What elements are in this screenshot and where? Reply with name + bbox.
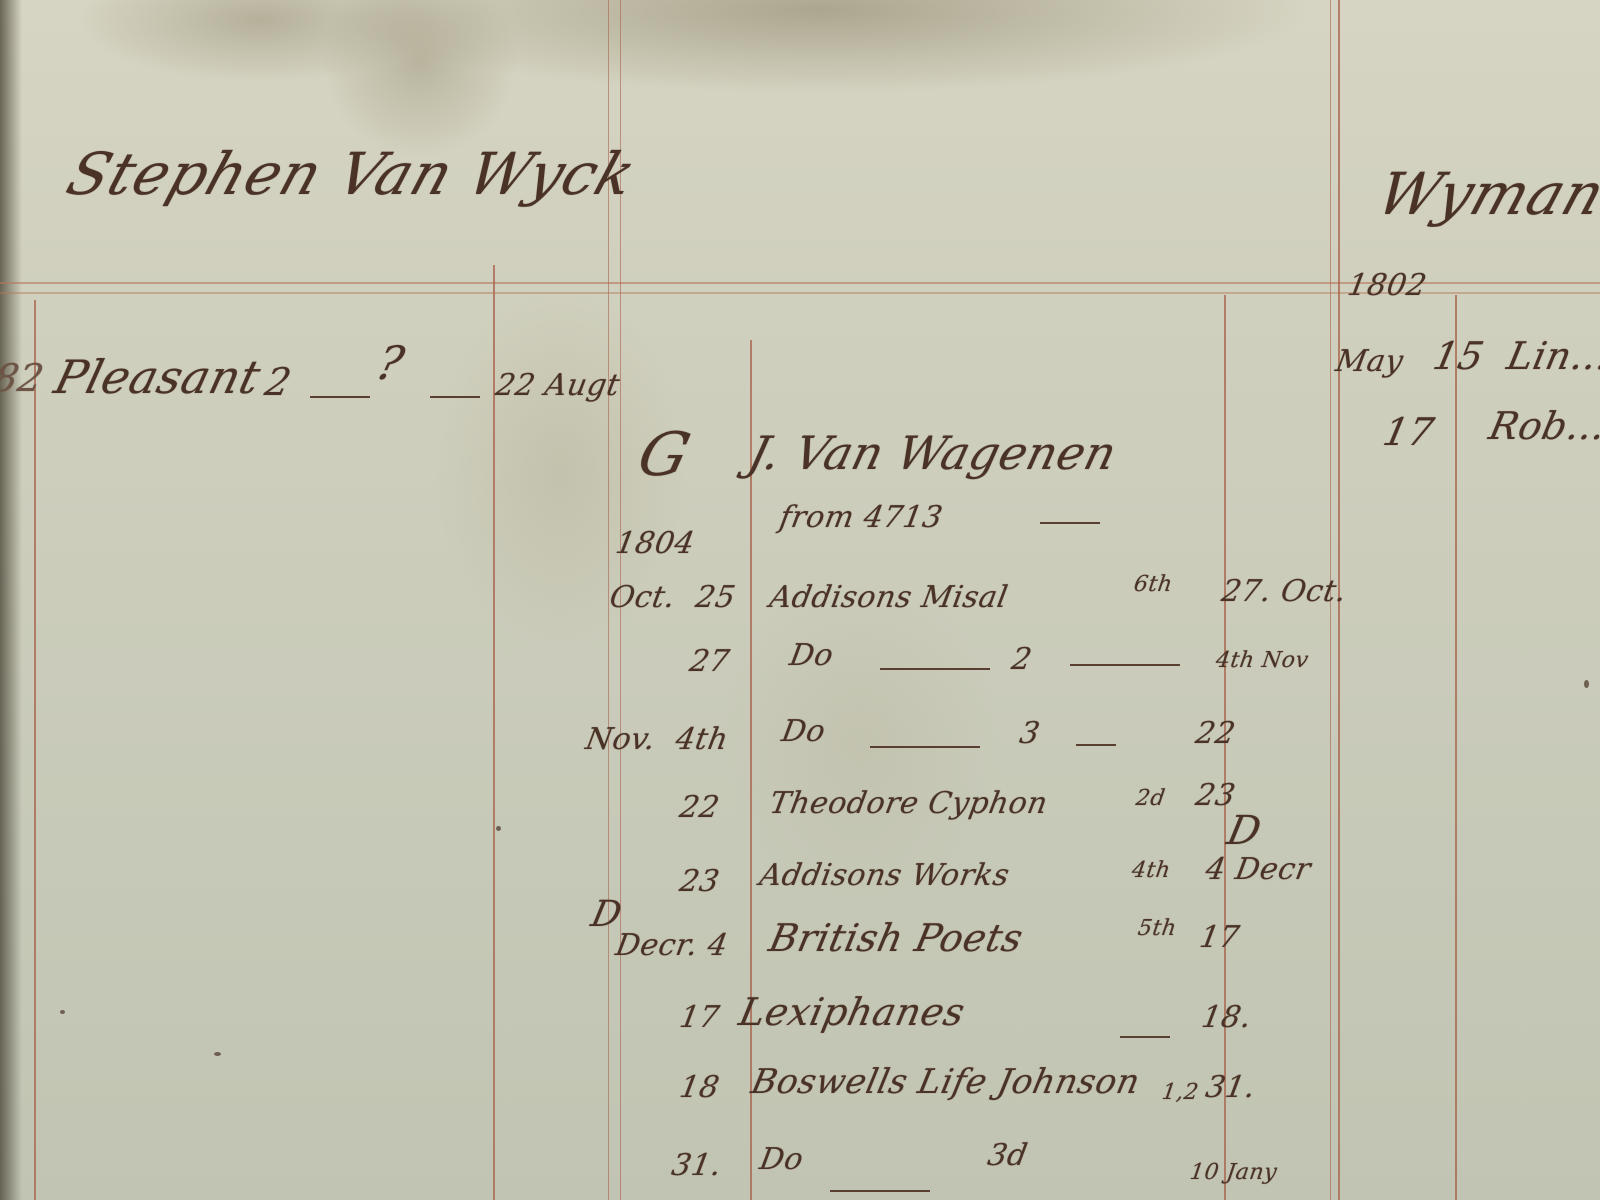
right-account-year: 1802	[1345, 268, 1430, 303]
ink-speck	[60, 1010, 65, 1014]
ledger-page: Stephen Van Wyck 82 Pleasant 2 ? 22 Augt…	[0, 0, 1600, 1200]
margin-fragment: 82	[0, 356, 48, 400]
account-name-middle: J. Van Wagenen	[743, 426, 1122, 480]
entry-8-returned: 31.	[1203, 1070, 1258, 1105]
left-entry-dash	[310, 396, 370, 398]
left-entry-volume: 2	[261, 360, 295, 404]
entry-5-day: 23	[677, 864, 722, 899]
ink-speck	[214, 1052, 221, 1056]
entry-5-returned: 4 Decr	[1203, 852, 1314, 887]
right-entry-1-day: 15	[1429, 334, 1488, 378]
entry-7-day: 17	[677, 1000, 722, 1035]
entry-9-title: Do	[757, 1142, 806, 1177]
left-entry-title: Pleasant	[49, 350, 266, 404]
binding-shadow	[0, 0, 22, 1200]
rule-left-return-col	[493, 265, 495, 1200]
entry-5-title: Addisons Works	[757, 858, 1012, 893]
entry-2-dash	[880, 668, 990, 670]
entry-1-volume: 6th	[1132, 572, 1174, 597]
entry-1-month: Oct.	[607, 580, 678, 615]
entry-2-dash-b	[1070, 664, 1180, 666]
entry-3-volume: 3	[1017, 716, 1043, 751]
entry-8-volume: 1,2	[1160, 1080, 1200, 1105]
entry-9-returned: 10 Jany	[1188, 1160, 1279, 1185]
circle-mark-return: D	[1223, 808, 1265, 854]
right-entry-2-day: 17	[1379, 410, 1438, 454]
account-year: 1804	[613, 526, 698, 561]
entry-2-title: Do	[787, 638, 836, 673]
left-entry-mark: ?	[371, 336, 410, 390]
entry-1-day: 25	[693, 580, 738, 615]
entry-9-dash	[830, 1190, 930, 1192]
left-entry-dash-2	[430, 396, 480, 398]
entry-7-returned: 18.	[1199, 1000, 1254, 1035]
rule-right-date-col	[1455, 295, 1457, 1200]
entry-7-title: Lexiphanes	[735, 990, 969, 1034]
entry-6-returned: 17	[1197, 920, 1242, 955]
entry-3-returned: 22	[1193, 716, 1238, 751]
entry-6-volume: 5th	[1136, 916, 1178, 941]
account-name-left: Stephen Van Wyck	[59, 140, 645, 208]
entry-6-day: 4	[705, 928, 731, 963]
entry-3-day: 4th	[673, 722, 731, 757]
entry-4-title: Theodore Cyphon	[767, 786, 1051, 821]
entry-2-volume: 2	[1009, 642, 1035, 677]
right-entry-1-month: May	[1333, 344, 1406, 379]
entry-1-title: Addisons Misal	[767, 580, 1011, 615]
rule-left-margin	[34, 300, 36, 1200]
entry-4-returned: 23	[1193, 778, 1238, 813]
entry-1-returned: 27. Oct.	[1219, 574, 1349, 609]
entry-3-dash	[870, 746, 980, 748]
account-letter: G	[631, 420, 697, 490]
entry-2-day: 27	[687, 644, 732, 679]
entry-2-returned: 4th Nov	[1214, 648, 1310, 673]
entry-6-title: British Poets	[765, 916, 1027, 960]
entry-4-volume: 2d	[1134, 786, 1167, 811]
account-name-right: Wyman	[1369, 160, 1600, 228]
entry-9-volume: 3d	[985, 1138, 1030, 1173]
left-entry-returned: 22 Augt	[493, 368, 623, 403]
entry-8-title: Boswells Life Johnson	[748, 1062, 1144, 1102]
carried-from-dash	[1040, 522, 1100, 524]
entry-5-volume: 4th	[1130, 858, 1172, 883]
entry-6-month: Decr.	[613, 928, 701, 963]
entry-9-day: 31.	[669, 1148, 724, 1183]
right-entry-2-title: Rob…	[1485, 404, 1600, 448]
entry-7-dash	[1120, 1036, 1170, 1038]
entry-4-day: 22	[677, 790, 722, 825]
entry-3-dash-b	[1076, 744, 1116, 746]
entry-3-month: Nov.	[583, 722, 658, 757]
entry-8-day: 18	[677, 1070, 722, 1105]
entry-3-title: Do	[779, 714, 828, 749]
ink-speck	[496, 826, 501, 831]
ink-speck	[1584, 680, 1589, 688]
right-entry-1-title: Lin…	[1503, 334, 1600, 378]
carried-from: from 4713	[777, 500, 946, 535]
